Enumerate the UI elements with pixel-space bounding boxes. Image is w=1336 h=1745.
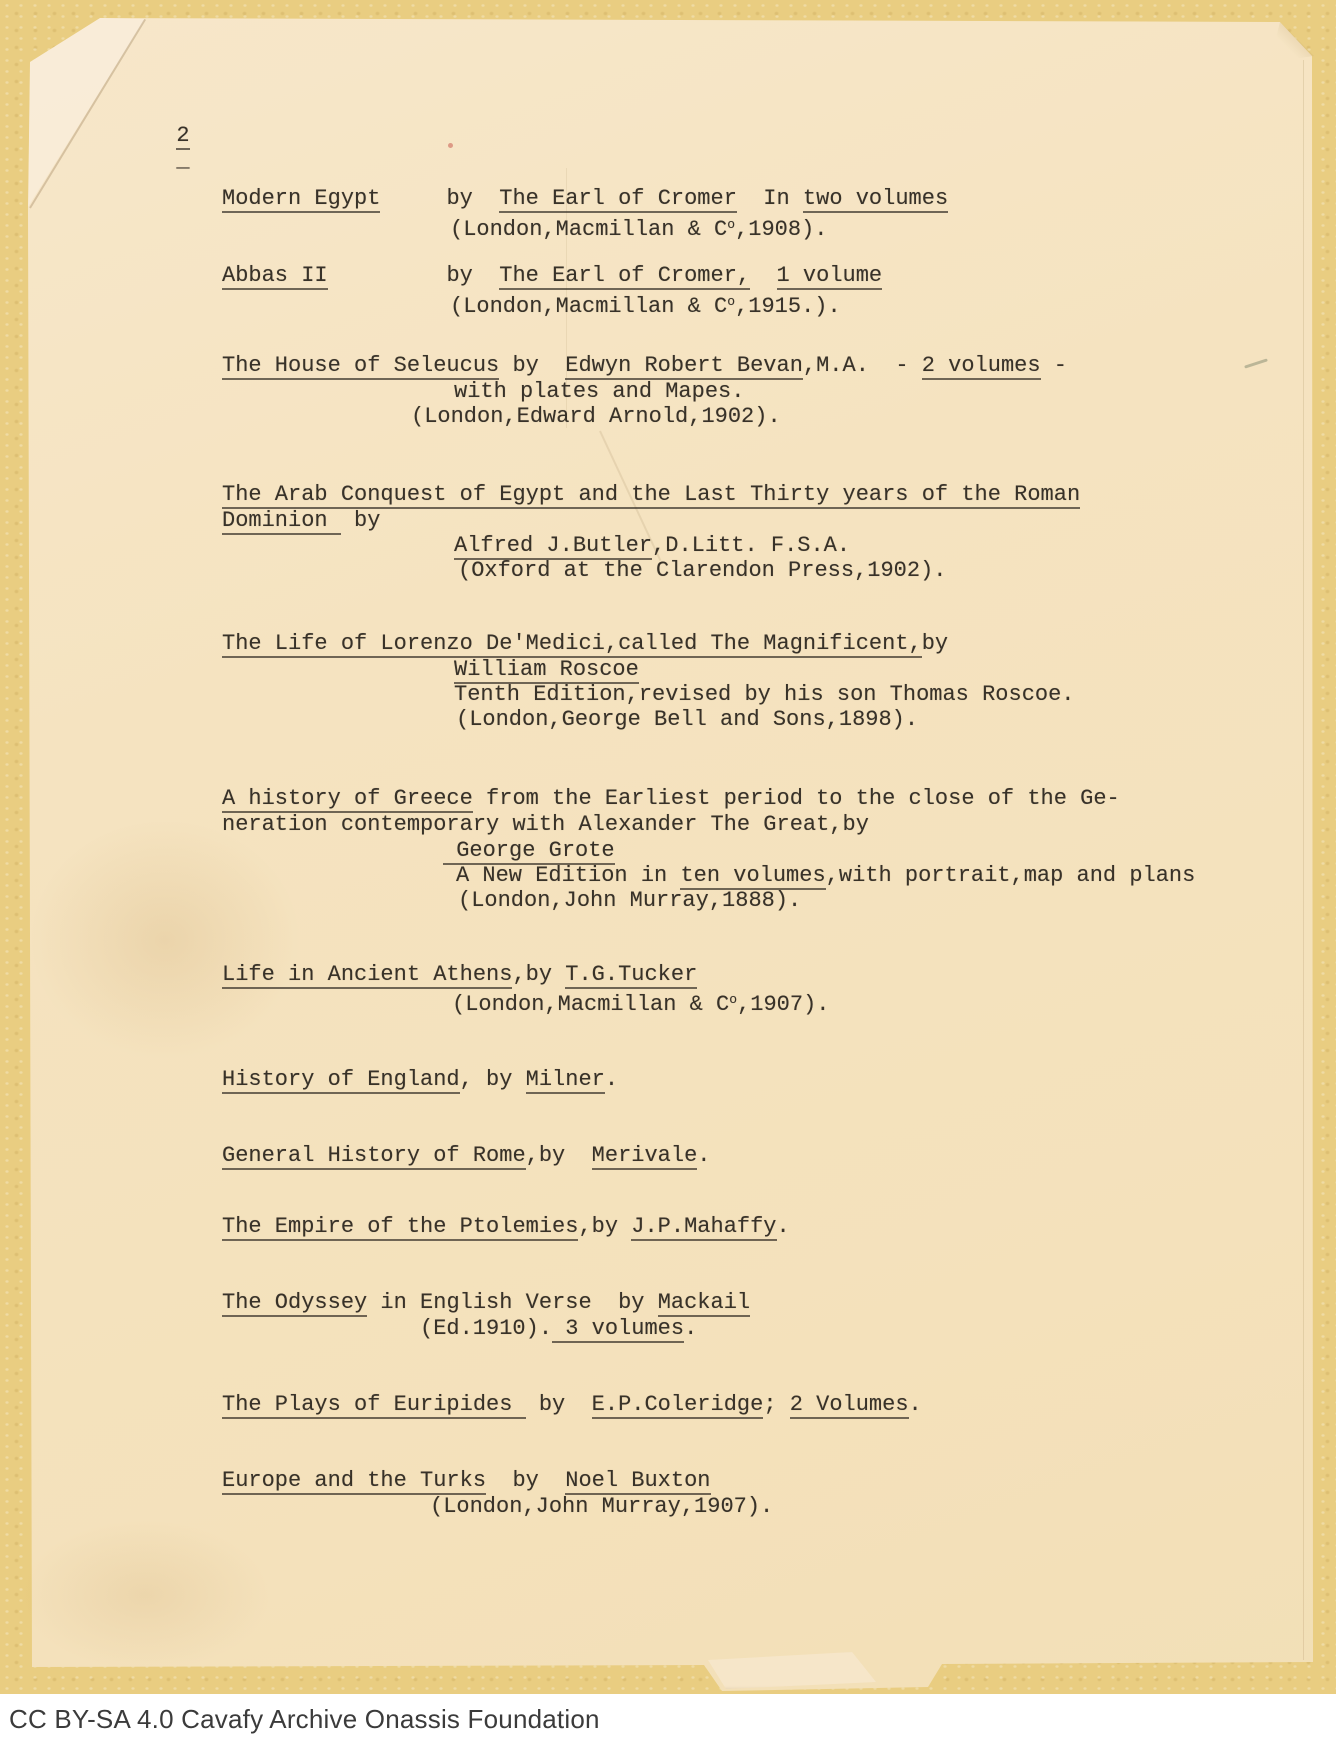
text-segment: ,by <box>512 962 565 987</box>
text-segment: by <box>380 186 499 211</box>
underlined-text: George Grote <box>443 838 615 865</box>
typewritten-line: Modern Egypt by The Earl of Cromer In tw… <box>222 186 948 211</box>
text-segment: In <box>737 186 803 211</box>
underlined-text: Abbas II <box>222 263 328 290</box>
underlined-text: Milner <box>526 1067 605 1094</box>
typewritten-line: Abbas II by The Earl of Cromer, 1 volume <box>222 263 882 288</box>
text-segment: (London,John Murray,1907). <box>430 1494 773 1519</box>
typewritten-line: A New Edition in ten volumes,with portra… <box>456 863 1195 888</box>
underlined-text: two volumes <box>803 186 948 213</box>
text-segment: (London,Macmillan & C <box>450 294 727 319</box>
typewritten-line: Life in Ancient Athens,by T.G.Tucker <box>222 962 697 987</box>
underlined-text: 2 Volumes <box>790 1392 909 1419</box>
typewritten-line: Alfred J.Butler,D.Litt. F.S.A. <box>454 533 850 558</box>
text-segment: , by <box>460 1067 526 1092</box>
text-segment: o <box>729 992 737 1007</box>
text-segment: in English Verse by <box>367 1290 657 1315</box>
typewritten-line: George Grote <box>443 838 615 863</box>
text-segment <box>750 263 776 288</box>
typewritten-line: (Oxford at the Clarendon Press,1902). <box>458 558 946 583</box>
underlined-text: Alfred J.Butler <box>454 533 652 560</box>
underlined-text: Merivale <box>592 1143 698 1170</box>
text-segment: with plates and Mapes. <box>454 379 744 404</box>
typewritten-line: Europe and the Turks by Noel Buxton <box>222 1468 711 1493</box>
typewritten-line: with plates and Mapes. <box>454 379 744 404</box>
text-segment: ,by <box>526 1143 592 1168</box>
text-segment: from the Earliest period to the close of… <box>473 786 1120 811</box>
typewritten-line: The Empire of the Ptolemies,by J.P.Mahaf… <box>222 1214 790 1239</box>
typewritten-line: (London,Macmillan & Co,1908). <box>450 212 827 242</box>
typewritten-line: (London,Macmillan & Co,1907). <box>452 987 829 1017</box>
underlined-text: E.P.Coleridge <box>592 1392 764 1419</box>
underlined-text: Mackail <box>658 1290 750 1317</box>
underlined-text: J.P.Mahaffy <box>631 1214 776 1241</box>
text-segment: o <box>727 217 735 232</box>
underlined-text: Modern Egypt <box>222 186 380 213</box>
page-number-suffix: _ <box>176 148 189 173</box>
typewritten-line: The House of Seleucus by Edwyn Robert Be… <box>222 353 1067 378</box>
typewritten-line: General History of Rome,by Merivale. <box>222 1143 711 1168</box>
text-segment: ,with portrait,map and plans <box>826 863 1196 888</box>
underlined-text: The Arab Conquest of Egypt and the Last … <box>222 482 1080 509</box>
underlined-text: A history of Greece <box>222 786 473 813</box>
underlined-text: Dominion <box>222 508 341 535</box>
underlined-text: William Roscoe <box>454 657 639 684</box>
text-segment: - <box>1041 353 1067 378</box>
underlined-text: The House of Seleucus <box>222 353 499 380</box>
typewritten-line: (Ed.1910). 3 volumes. <box>420 1316 697 1341</box>
text-segment: A New Edition in <box>456 863 680 888</box>
text-segment: (London,Macmillan & C <box>450 217 727 242</box>
typewritten-line: The Odyssey in English Verse by Mackail <box>222 1290 750 1315</box>
underlined-text: Life in Ancient Athens <box>222 962 512 989</box>
typewritten-line: (London,Macmillan & Co,1915.). <box>450 289 841 319</box>
text-segment: . <box>909 1392 922 1417</box>
text-segment: (London,John Murray,1888). <box>458 888 801 913</box>
underlined-text: General History of Rome <box>222 1143 526 1170</box>
text-segment: . <box>605 1067 618 1092</box>
text-segment: o <box>727 294 735 309</box>
text-segment: ,M.A. - <box>803 353 922 378</box>
text-segment: by <box>486 1468 565 1493</box>
text-segment: ,D.Litt. F.S.A. <box>652 533 850 558</box>
typewritten-line: neration contemporary with Alexander The… <box>222 812 869 837</box>
typewritten-line: (London,John Murray,1907). <box>430 1494 773 1519</box>
typewritten-line: (London,George Bell and Sons,1898). <box>456 707 918 732</box>
text-segment: Tenth Edition,revised by his son Thomas … <box>454 682 1075 707</box>
page-number-value: 2 <box>176 123 189 150</box>
underlined-text: Europe and the Turks <box>222 1468 486 1495</box>
underlined-text: The Odyssey <box>222 1290 367 1317</box>
text-segment: by <box>922 631 948 656</box>
underlined-text: T.G.Tucker <box>565 962 697 989</box>
typewritten-line: The Plays of Euripides by E.P.Coleridge;… <box>222 1392 922 1417</box>
vertical-crease-right <box>1303 60 1304 1660</box>
typewritten-line: (London,John Murray,1888). <box>458 888 801 913</box>
typewritten-line: The Life of Lorenzo De'Medici,called The… <box>222 631 948 656</box>
page-number: 2 _ <box>150 98 190 173</box>
text-segment: by <box>526 1392 592 1417</box>
text-segment: (Ed.1910). <box>420 1316 552 1341</box>
text-segment: . <box>777 1214 790 1239</box>
typewritten-line: History of England, by Milner. <box>222 1067 618 1092</box>
ink-speck <box>448 143 453 148</box>
underlined-text: The Earl of Cromer, <box>499 263 750 290</box>
underlined-text: ten volumes <box>680 863 825 890</box>
typewritten-line: Dominion by <box>222 508 380 533</box>
text-segment: ,1907). <box>737 992 829 1017</box>
underlined-text: The Empire of the Ptolemies <box>222 1214 578 1241</box>
underlined-text: The Earl of Cromer <box>499 186 737 213</box>
typewritten-line: A history of Greece from the Earliest pe… <box>222 786 1120 811</box>
text-segment: (London,Macmillan & C <box>452 992 729 1017</box>
underlined-text: Noel Buxton <box>565 1468 710 1495</box>
text-segment: ,1915.). <box>735 294 841 319</box>
underlined-text: The Plays of Euripides <box>222 1392 526 1419</box>
text-segment: . <box>684 1316 697 1341</box>
typewritten-line: (London,Edward Arnold,1902). <box>411 404 781 429</box>
text-segment: (London,Edward Arnold,1902). <box>411 404 781 429</box>
underlined-text: 3 volumes <box>552 1316 684 1343</box>
text-segment: by <box>499 353 565 378</box>
text-segment: (London,George Bell and Sons,1898). <box>456 707 918 732</box>
text-segment: neration contemporary with Alexander The… <box>222 812 869 837</box>
text-segment: ,by <box>578 1214 631 1239</box>
text-segment: by <box>341 508 381 533</box>
typewritten-line: The Arab Conquest of Egypt and the Last … <box>222 482 1080 507</box>
underlined-text: 1 volume <box>777 263 883 290</box>
text-segment: ; <box>763 1392 789 1417</box>
underlined-text: History of England <box>222 1067 460 1094</box>
footer-bar: CC BY-SA 4.0 Cavafy Archive Onassis Foun… <box>0 1694 1336 1745</box>
typewritten-line: William Roscoe <box>454 657 639 682</box>
underlined-text: The Life of Lorenzo De'Medici,called The… <box>222 631 922 658</box>
license-text: CC BY-SA 4.0 Cavafy Archive Onassis Foun… <box>9 1704 600 1735</box>
text-segment: (Oxford at the Clarendon Press,1902). <box>458 558 946 583</box>
underlined-text: 2 volumes <box>922 353 1041 380</box>
text-segment: by <box>328 263 500 288</box>
underlined-text: Edwyn Robert Bevan <box>565 353 803 380</box>
text-segment: ,1908). <box>735 217 827 242</box>
text-segment: . <box>697 1143 710 1168</box>
typewritten-line: Tenth Edition,revised by his son Thomas … <box>454 682 1075 707</box>
